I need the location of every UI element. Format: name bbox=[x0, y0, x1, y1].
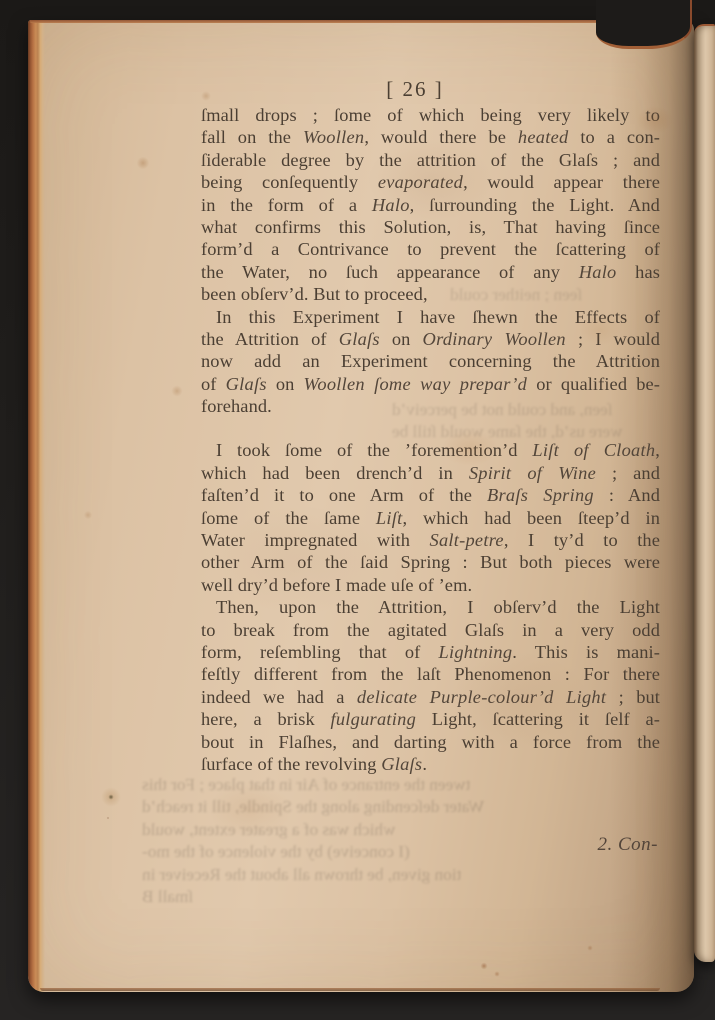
italic-text-run: Spirit of Wine bbox=[469, 463, 596, 483]
text-run: ; and bbox=[596, 463, 660, 483]
text-run: ſome of the ſame bbox=[201, 508, 376, 528]
text-line: here, a brisk fulgurating Light, ſcatter… bbox=[201, 708, 660, 730]
text-run: well dry’d before I made uſe of ’em. bbox=[201, 575, 472, 595]
text-run: , which had been ſteep’d in bbox=[402, 508, 660, 528]
text-line: well dry’d before I made uſe of ’em. bbox=[201, 574, 660, 596]
text-run: , I ty’d to the bbox=[504, 530, 660, 550]
text-run: to a con- bbox=[568, 127, 660, 147]
text-run: , would there be bbox=[364, 127, 518, 147]
text-line: Then, upon the Attrition, I obſerv’d the… bbox=[201, 596, 660, 618]
text-run: I took ſome of the ’foremention’d bbox=[216, 440, 532, 460]
text-run: which had been drench’d in bbox=[201, 463, 469, 483]
text-run: on bbox=[380, 329, 423, 349]
text-run: been obſerv’d. But to proceed, bbox=[201, 284, 428, 304]
text-line: being conſequently evaporated, would app… bbox=[201, 171, 660, 193]
text-run: of bbox=[201, 374, 226, 394]
text-run: : And bbox=[594, 485, 660, 505]
text-run: feſtly different from the laſt Phenomeno… bbox=[201, 664, 660, 684]
text-run: Water impregnated with bbox=[201, 530, 430, 550]
italic-text-run: Liſt of Cloath bbox=[532, 440, 655, 460]
text-line: ſurface of the revolving Glaſs. bbox=[201, 753, 660, 775]
italic-text-run: heated bbox=[518, 127, 569, 147]
text-run: . bbox=[422, 754, 427, 774]
text-run: Then, upon the Attrition, I obſerv’d the… bbox=[216, 597, 660, 617]
text-line: ſmall drops ; ſome of which being very l… bbox=[201, 104, 660, 126]
italic-text-run: Salt-petre bbox=[430, 530, 504, 550]
italic-text-run: Glaſs bbox=[381, 754, 422, 774]
text-line: bout in Flaſhes, and darting with a forc… bbox=[201, 731, 660, 753]
italic-text-run: Woollen ſome way prepar’d bbox=[304, 374, 528, 394]
text-line: what confirms this Solution, is, That ha… bbox=[201, 216, 660, 238]
show-through-line: Water deſcending along the Spindle, till… bbox=[142, 796, 534, 818]
text-run: . This is mani- bbox=[512, 642, 660, 662]
text-run: Light, ſcattering it ſelf a- bbox=[416, 709, 660, 729]
text-run: indeed we had a bbox=[201, 687, 357, 707]
text-line: the Water, no ſuch appearance of any Hal… bbox=[201, 261, 660, 283]
text-run: In this Experiment I have ſhewn the Effe… bbox=[216, 307, 660, 327]
text-run: in the form of a bbox=[201, 195, 372, 215]
book-scan-background: ſeen ; neither could ſeen, and could not… bbox=[0, 0, 715, 1020]
text-run: other Arm of the ſaid Spring : But both … bbox=[201, 552, 660, 572]
text-line: ſiderable degree by the attrition of the… bbox=[201, 149, 660, 171]
italic-text-run: Lightning bbox=[439, 642, 513, 662]
italic-text-run: Braſs Spring bbox=[487, 485, 594, 505]
page-top-edge bbox=[30, 20, 612, 23]
page-number: [ 26 ] bbox=[201, 76, 629, 102]
text-line: In this Experiment I have ſhewn the Effe… bbox=[201, 306, 660, 328]
curled-corner-shadow bbox=[596, 0, 692, 49]
italic-text-run: Liſt bbox=[376, 508, 403, 528]
text-run: or qualified be- bbox=[527, 374, 660, 394]
adjacent-page-curl bbox=[694, 24, 715, 962]
text-run: being conſequently bbox=[201, 172, 378, 192]
page-text: ſmall drops ; ſome of which being very l… bbox=[201, 104, 660, 775]
text-line: other Arm of the ſaid Spring : But both … bbox=[201, 551, 660, 573]
italic-text-run: Halo bbox=[372, 195, 410, 215]
text-run: the Water, no ſuch appearance of any bbox=[201, 262, 579, 282]
text-run: fall on the bbox=[201, 127, 303, 147]
text-run: , would appear there bbox=[463, 172, 660, 192]
text-line: the Attrition of Glaſs on Ordinary Wooll… bbox=[201, 328, 660, 350]
text-line: indeed we had a delicate Purple-colour’d… bbox=[201, 686, 660, 708]
text-line: ſome of the ſame Liſt, which had been ſt… bbox=[201, 507, 660, 529]
italic-text-run: Glaſs bbox=[226, 374, 267, 394]
text-line: I took ſome of the ’foremention’d Liſt o… bbox=[201, 439, 660, 461]
text-run: ſmall drops ; ſome of which being very l… bbox=[201, 105, 660, 125]
show-through-line: ſmall B bbox=[142, 886, 534, 908]
text-run: has bbox=[617, 262, 660, 282]
text-run: now add an Experiment concerning the Att… bbox=[201, 351, 660, 371]
text-run: to break from the agitated Glaſs in a ve… bbox=[201, 620, 660, 640]
text-line: to break from the agitated Glaſs in a ve… bbox=[201, 619, 660, 641]
paragraph: Then, upon the Attrition, I obſerv’d the… bbox=[201, 596, 660, 775]
text-run: ſurface of the revolving bbox=[201, 754, 381, 774]
text-line: feſtly different from the laſt Phenomeno… bbox=[201, 663, 660, 685]
text-line: in the form of a Halo, ſurrounding the L… bbox=[201, 194, 660, 216]
text-run: , bbox=[655, 440, 660, 460]
text-run: on bbox=[267, 374, 304, 394]
show-through-line: tween the entrance of Air in that place … bbox=[142, 774, 534, 796]
text-run: the Attrition of bbox=[201, 329, 339, 349]
italic-text-run: Halo bbox=[579, 262, 617, 282]
text-run: here, a brisk bbox=[201, 709, 331, 729]
text-run: ; but bbox=[606, 687, 660, 707]
page-edge-stack bbox=[28, 20, 45, 992]
show-through-line: tion given, be thrown all about the Rece… bbox=[142, 864, 534, 886]
text-run: bout in Flaſhes, and darting with a forc… bbox=[201, 732, 660, 752]
text-run: , ſurrounding the Light. And bbox=[410, 195, 660, 215]
text-line: faſten’d it to one Arm of the Braſs Spri… bbox=[201, 484, 660, 506]
text-run: forehand. bbox=[201, 396, 272, 416]
text-line: form, reſembling that of Lightning. This… bbox=[201, 641, 660, 663]
text-line: form’d a Contrivance to prevent the ſcat… bbox=[201, 238, 660, 260]
text-run: ſiderable degree by the attrition of the… bbox=[201, 150, 660, 170]
italic-text-run: evaporated bbox=[378, 172, 463, 192]
text-line: been obſerv’d. But to proceed, bbox=[201, 283, 660, 305]
text-line: which had been drench’d in Spirit of Win… bbox=[201, 462, 660, 484]
text-run: form, reſembling that of bbox=[201, 642, 439, 662]
italic-text-run: delicate Purple-colour’d Light bbox=[357, 687, 606, 707]
italic-text-run: Woollen bbox=[303, 127, 364, 147]
text-run: ; I would bbox=[566, 329, 660, 349]
text-run: what confirms this Solution, is, That ha… bbox=[201, 217, 660, 237]
italic-text-run: fulgurating bbox=[331, 709, 417, 729]
text-run: form’d a Contrivance to prevent the ſcat… bbox=[201, 239, 660, 259]
text-line: forehand. bbox=[201, 395, 660, 417]
paragraph: In this Experiment I have ſhewn the Effe… bbox=[201, 306, 660, 418]
italic-text-run: Glaſs bbox=[339, 329, 380, 349]
page-bottom-edge bbox=[40, 988, 660, 991]
italic-text-run: Ordinary Woollen bbox=[423, 329, 566, 349]
text-run: faſten’d it to one Arm of the bbox=[201, 485, 487, 505]
text-line: Water impregnated with Salt-petre, I ty’… bbox=[201, 529, 660, 551]
text-line: of Glaſs on Woollen ſome way prepar’d or… bbox=[201, 373, 660, 395]
paragraph: ſmall drops ; ſome of which being very l… bbox=[201, 104, 660, 306]
text-line: fall on the Woollen, would there be heat… bbox=[201, 126, 660, 148]
catchword: 2. Con- bbox=[428, 833, 658, 856]
paragraph: I took ſome of the ’foremention’d Liſt o… bbox=[201, 439, 660, 596]
text-line: now add an Experiment concerning the Att… bbox=[201, 350, 660, 372]
